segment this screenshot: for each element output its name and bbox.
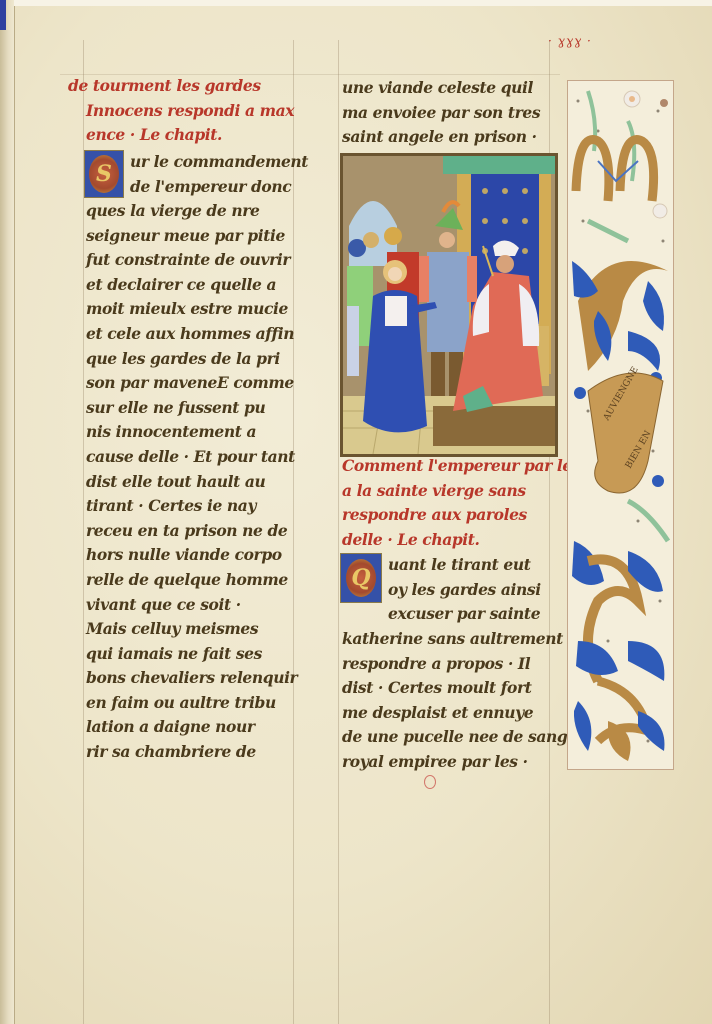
text-line: me desplaist et ennuye (342, 701, 567, 726)
text-line: receu en ta prison ne de (86, 519, 306, 544)
illuminated-initial-q: Q (340, 553, 382, 603)
text-line: saint angele en prison · (342, 125, 540, 150)
left-column-text: ques la vierge de nre seigneur meue par … (86, 199, 306, 765)
text-line: de une pucelle nee de sang (342, 725, 567, 750)
text-line: fut constrainte de ouvrir (86, 248, 306, 273)
middle-column-rubric: Comment l'empereur par le a la sainte vi… (342, 454, 572, 552)
middle-column-top: une viande celeste quil ma envoiee par s… (342, 76, 540, 150)
text-line: de l'empereur donc (130, 175, 308, 200)
rubric-line: Innocens respondi a max (86, 99, 308, 124)
rubric-line: respondre aux paroles (342, 503, 572, 528)
text-line: en faim ou aultre tribu (86, 691, 306, 716)
text-line: relle de quelque homme (86, 568, 306, 593)
text-line: tirant · Certes ie nay (86, 494, 306, 519)
rubric-line: ence · Le chapit. (86, 123, 308, 148)
text-line: oy les gardes ainsi (388, 578, 541, 603)
text-line: lation a daigne nour (86, 715, 306, 740)
text-line: et declairer ce quelle a (86, 273, 306, 298)
text-line: moit mieulx estre mucie (86, 297, 306, 322)
middle-column-text-indented: uant le tirant eut oy les gardes ainsi e… (388, 553, 541, 627)
text-line: dist · Certes moult fort (342, 676, 567, 701)
text-line: sur elle ne fussent pu (86, 396, 306, 421)
spine-blue-edge (0, 0, 6, 30)
page-top-edge (14, 0, 712, 6)
initial-letter: Q (346, 559, 376, 597)
library-stamp (424, 775, 436, 789)
text-line: vivant que ce soit · (86, 593, 306, 618)
acanthus-border-icon: M AUVIENGNE BIEN EN (568, 81, 673, 769)
miniature-painting (340, 153, 558, 457)
text-line: qui iamais ne fait ses (86, 642, 306, 667)
text-line: katherine sans aultrement (342, 627, 567, 652)
rubric-line: a la sainte vierge sans (342, 479, 572, 504)
left-column: de tourment les gardes Innocens respondi… (68, 74, 308, 148)
text-line: Mais celluy meismes (86, 617, 306, 642)
text-line: une viande celeste quil (342, 76, 540, 101)
text-line: excuser par sainte (388, 602, 541, 627)
text-line: uant le tirant eut (388, 553, 541, 578)
text-line: respondre a propos · Il (342, 652, 567, 677)
manuscript-page: · ɣɣɣ · de tourment les gardes Innocens … (0, 0, 712, 1024)
miniature-scene-icon (343, 156, 555, 454)
text-line: que les gardes de la pri (86, 347, 306, 372)
text-line: seigneur meue par pitie (86, 224, 306, 249)
text-line: ur le commandement (130, 150, 308, 175)
text-line: bons chevaliers relenquir (86, 666, 306, 691)
rubric-line: delle · Le chapit. (342, 528, 572, 553)
text-line: son par maveneE comme (86, 371, 306, 396)
text-line: hors nulle viande corpo (86, 543, 306, 568)
text-line: royal empiree par les · (342, 750, 567, 775)
left-column-text-indented: ur le commandement de l'empereur donc (130, 150, 308, 199)
folio-number: · ɣɣɣ · (548, 34, 592, 48)
text-line: cause delle · Et pour tant (86, 445, 306, 470)
book-spine (0, 0, 15, 1024)
illuminated-initial-s: S (84, 150, 124, 198)
text-line: ma envoiee par son tres (342, 101, 540, 126)
text-line: ques la vierge de nre (86, 199, 306, 224)
text-line: nis innocentement a (86, 420, 306, 445)
text-line: rir sa chambriere de (86, 740, 306, 765)
initial-letter: S (89, 155, 119, 193)
rubric-line: Comment l'empereur par le (342, 454, 572, 479)
text-line: dist elle tout hault au (86, 470, 306, 495)
rubric-line: de tourment les gardes (68, 74, 308, 99)
text-line: et cele aux hommes affin (86, 322, 306, 347)
ruling-line (338, 40, 339, 1024)
decorated-border: M AUVIENGNE BIEN EN (567, 80, 674, 770)
middle-column-text: katherine sans aultrement respondre a pr… (342, 627, 567, 775)
